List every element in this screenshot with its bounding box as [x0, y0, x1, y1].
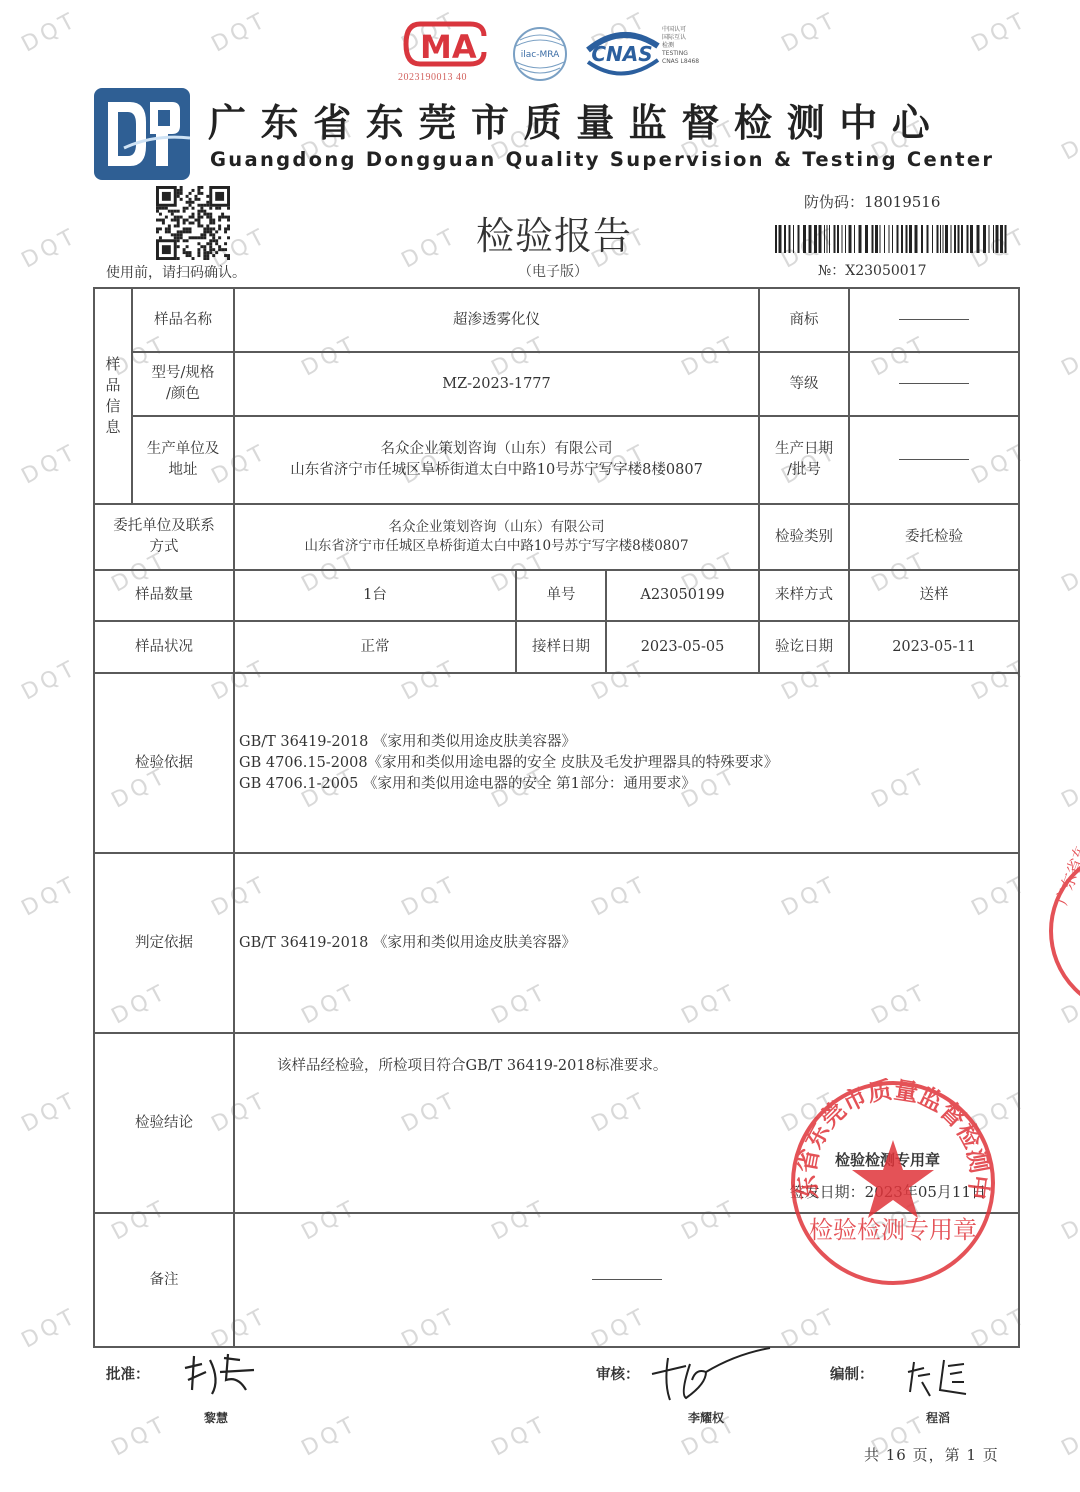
conclusion-label: 检验结论 [94, 1033, 234, 1213]
empty-dash [899, 459, 969, 460]
order-no-label: 单号 [516, 570, 606, 621]
watermark: DQT [18, 1087, 82, 1137]
client-name: 名众企业策划咨询（山东）有限公司 [239, 518, 754, 537]
basis-line: GB/T 36419-2018 《家用和类似用途皮肤美容器》 [239, 732, 1014, 753]
watermark: DQT [18, 1303, 82, 1353]
compile-signature-icon [906, 1352, 976, 1400]
review-signature-icon [646, 1344, 776, 1404]
report-number: №：X23050017 [818, 260, 926, 280]
watermark: DQT [18, 223, 82, 273]
watermark: DQT [968, 7, 1032, 57]
cnas-side-text: 中国认可 国际互认 检测 TESTING CNAS L8468 [662, 26, 718, 66]
empty-dash [899, 319, 969, 320]
cnas-line: 中国认可 [662, 26, 718, 34]
completed-date-value: 2023-05-11 [849, 621, 1019, 673]
table-row: 生产单位及 地址 名众企业策划咨询（山东）有限公司 山东省济宁市任城区阜桥街道太… [94, 416, 1019, 504]
watermark: DQT [778, 7, 842, 57]
table-row: 样品状况 正常 接样日期 2023-05-05 验讫日期 2023-05-11 [94, 621, 1019, 673]
watermark: DQT [1058, 763, 1080, 813]
compile-label: 编制： [830, 1363, 874, 1384]
review-label: 审核： [596, 1363, 640, 1384]
svg-text:ilac-MRA: ilac-MRA [521, 50, 560, 60]
ilac-mra-logo-icon: ilac-MRA [508, 26, 572, 82]
trademark-label: 商标 [759, 288, 849, 352]
group-char: 样 [99, 354, 127, 375]
group-char: 信 [99, 396, 127, 417]
label-line: 委托单位及联系 [99, 516, 229, 537]
table-row: 型号/规格 /颜色 MZ-2023-1777 等级 [94, 352, 1019, 416]
dqt-logo-icon [94, 88, 190, 180]
client-label: 委托单位及联系 方式 [94, 504, 234, 570]
trademark-value [849, 288, 1019, 352]
table-row: 样 品 信 息 样品名称 超渗透雾化仪 商标 [94, 288, 1019, 352]
label-line: 方式 [99, 537, 229, 558]
watermark: DQT [1058, 1411, 1080, 1461]
model-label: 型号/规格 /颜色 [132, 352, 234, 416]
watermark: DQT [1058, 331, 1080, 381]
cnas-line: TESTING [662, 50, 718, 58]
model-value: MZ-2023-1777 [234, 352, 759, 416]
basis-line: GB 4706.1-2005 《家用和类似用途电器的安全 第1部分：通用要求》 [239, 774, 1014, 795]
watermark: DQT [488, 1411, 552, 1461]
label-line: 生产单位及 [137, 439, 229, 460]
watermark: DQT [398, 223, 462, 273]
watermark: DQT [1058, 547, 1080, 597]
label-line: /批号 [764, 460, 844, 481]
report-number-value: X23050017 [845, 263, 926, 279]
inspection-type-label: 检验类别 [759, 504, 849, 570]
org-name-cn: 广东省东莞市质量监督检测中心 [208, 92, 944, 147]
anti-counterfeit-value: 18019516 [864, 193, 940, 211]
official-seal-icon: 广东省东莞市质量监督检测中心 检验检测专用章 [788, 1078, 998, 1288]
svg-text:检验检测专用章: 检验检测专用章 [809, 1216, 977, 1244]
inspection-type-value: 委托检验 [849, 504, 1019, 570]
anti-counterfeit-label: 防伪码： [804, 193, 864, 211]
order-no-value: A23050199 [606, 570, 759, 621]
group-char: 品 [99, 375, 127, 396]
group-char: 息 [99, 417, 127, 438]
sample-info-group-label: 样 品 信 息 [94, 288, 132, 504]
table-row: 判定依据 GB/T 36419-2018 《家用和类似用途皮肤美容器》 [94, 853, 1019, 1033]
judgment-label: 判定依据 [94, 853, 234, 1033]
remarks-label: 备注 [94, 1213, 234, 1347]
empty-dash [592, 1279, 662, 1280]
completed-date-label: 验讫日期 [759, 621, 849, 673]
cnas-logo-icon: CNAS [582, 28, 662, 78]
svg-text:CNAS: CNAS [591, 42, 652, 66]
watermark: DQT [108, 1411, 172, 1461]
client-address: 山东省济宁市任城区阜桥街道太白中路10号苏宁写字楼8楼0807 [239, 537, 754, 556]
received-date-value: 2023-05-05 [606, 621, 759, 673]
manufacturer-name: 名众企业策划咨询（山东）有限公司 [239, 439, 754, 460]
review-name: 李耀权 [688, 1409, 724, 1426]
approve-label: 批准： [106, 1363, 150, 1384]
watermark: DQT [1058, 1195, 1080, 1245]
manufacturer-value: 名众企业策划咨询（山东）有限公司 山东省济宁市任城区阜桥街道太白中路10号苏宁写… [234, 416, 759, 504]
cnas-line: CNAS L8468 [662, 58, 718, 66]
quantity-value: 1台 [234, 570, 516, 621]
condition-label: 样品状况 [94, 621, 234, 673]
label-line: 地址 [137, 460, 229, 481]
org-name-en: Guangdong Dongguan Quality Supervision &… [210, 148, 994, 171]
cma-number: 2023190013 40 [398, 72, 467, 83]
watermark: DQT [18, 439, 82, 489]
watermark: DQT [298, 1411, 362, 1461]
sampling-method-label: 来样方式 [759, 570, 849, 621]
cnas-line: 国际互认 [662, 34, 718, 42]
compile-name: 程滔 [926, 1409, 950, 1426]
svg-text:MA: MA [420, 28, 477, 66]
approve-signature-icon [180, 1350, 260, 1400]
grade-value [849, 352, 1019, 416]
cnas-line: 检测 [662, 42, 718, 50]
qr-scan-note: 使用前，请扫码确认。 [106, 262, 246, 282]
basis-line: GB 4706.15-2008《家用和类似用途电器的安全 皮肤及毛发护理器具的特… [239, 753, 1014, 774]
grade-label: 等级 [759, 352, 849, 416]
report-number-label: №： [818, 263, 845, 279]
partial-seal-icon: 广东省东 [1038, 846, 1080, 1016]
watermark: DQT [18, 655, 82, 705]
report-title: 检验报告 [476, 205, 632, 260]
empty-dash [899, 383, 969, 384]
client-value: 名众企业策划咨询（山东）有限公司 山东省济宁市任城区阜桥街道太白中路10号苏宁写… [234, 504, 759, 570]
watermark: DQT [208, 7, 272, 57]
production-date-label: 生产日期 /批号 [759, 416, 849, 504]
judgment-value: GB/T 36419-2018 《家用和类似用途皮肤美容器》 [234, 853, 1019, 1033]
report-subtitle: （电子版） [518, 261, 588, 281]
sampling-method-value: 送样 [849, 570, 1019, 621]
production-date-value [849, 416, 1019, 504]
label-line: /颜色 [137, 384, 229, 405]
sample-name-value: 超渗透雾化仪 [234, 288, 759, 352]
condition-value: 正常 [234, 621, 516, 673]
anti-counterfeit-code: 防伪码：18019516 [804, 191, 940, 212]
table-row: 样品数量 1台 单号 A23050199 来样方式 送样 [94, 570, 1019, 621]
manufacturer-address: 山东省济宁市任城区阜桥街道太白中路10号苏宁写字楼8楼0807 [239, 460, 754, 481]
page-info: 共 16 页，第 1 页 [864, 1444, 999, 1465]
barcode-icon [775, 225, 1007, 253]
quantity-label: 样品数量 [94, 570, 234, 621]
basis-value: GB/T 36419-2018 《家用和类似用途皮肤美容器》 GB 4706.1… [234, 673, 1019, 853]
watermark: DQT [18, 871, 82, 921]
table-row: 检验依据 GB/T 36419-2018 《家用和类似用途皮肤美容器》 GB 4… [94, 673, 1019, 853]
manufacturer-label: 生产单位及 地址 [132, 416, 234, 504]
watermark: DQT [18, 7, 82, 57]
cma-logo-icon: MA [400, 18, 490, 70]
qr-code-icon[interactable] [156, 186, 230, 260]
table-row: 委托单位及联系 方式 名众企业策划咨询（山东）有限公司 山东省济宁市任城区阜桥街… [94, 504, 1019, 570]
sample-name-label: 样品名称 [132, 288, 234, 352]
received-date-label: 接样日期 [516, 621, 606, 673]
basis-label: 检验依据 [94, 673, 234, 853]
svg-text:广东省东: 广东省东 [1052, 846, 1080, 907]
label-line: 生产日期 [764, 439, 844, 460]
approve-name: 黎慧 [204, 1409, 228, 1426]
label-line: 型号/规格 [137, 363, 229, 384]
watermark: DQT [1058, 115, 1080, 165]
conclusion-text: 该样品经检验，所检项目符合GB/T 36419-2018标准要求。 [277, 1056, 667, 1077]
